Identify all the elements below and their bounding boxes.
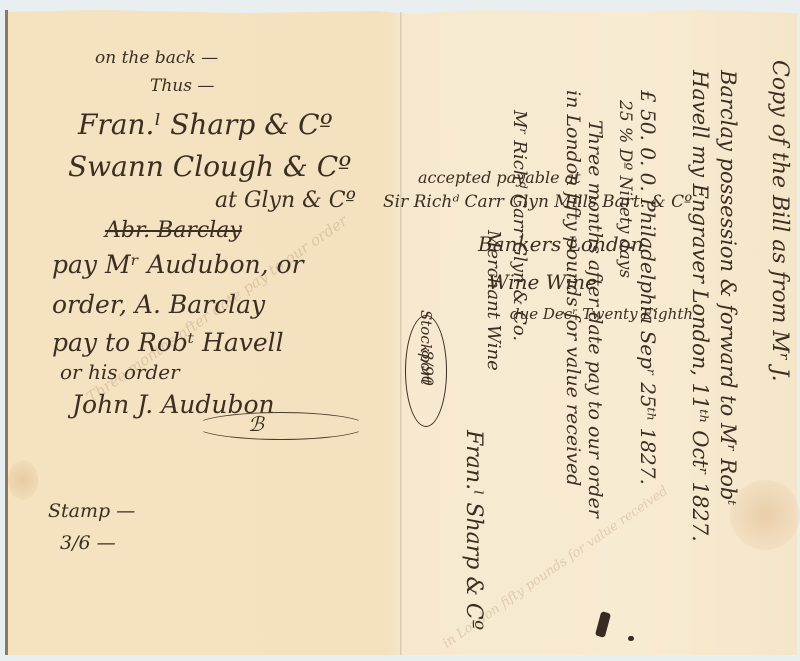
acceptance-line: Sir Richᵈ Carr Glyn Mills Bart. & Cº [383, 192, 692, 212]
signature-flourish [195, 412, 367, 440]
paper-stain [8, 460, 38, 500]
endorsement-line: pay to Robᵗ Havell [52, 328, 284, 357]
acceptance-line: accepted payable at [418, 168, 581, 187]
endorsement-line: order, A. Barclay [52, 290, 265, 319]
acceptance-line: Wine Wine [488, 270, 597, 294]
paper-fold [400, 12, 403, 655]
endorsement-line: or his order [60, 360, 180, 384]
oval-note: 8/90 [418, 350, 437, 386]
stamp-value: 3/6 — [60, 532, 116, 554]
drawer-signature: Fran.ˡ Sharp & Cº [461, 430, 486, 630]
bill-line: Barclay possession & forward to Mʳ Robᵗ [716, 70, 740, 505]
paper-stain [730, 480, 800, 550]
endorsement-line: pay Mʳ Audubon, or [52, 250, 304, 279]
stamp-label: Stamp — [48, 500, 135, 522]
endorsement-line: on the back — [95, 48, 218, 68]
bill-line: Copy of the Bill as from Mʳ J. [767, 60, 792, 382]
acceptance-due-date: due Decʳ Twenty Eighth [510, 305, 693, 323]
sheet-edge [5, 10, 8, 655]
acceptance-line: Bankers London [478, 232, 644, 256]
endorsement-line: Swann Clough & Cº [68, 150, 351, 183]
endorsement-line: at Glyn & Cº [215, 188, 356, 213]
endorsement-line: Thus — [150, 76, 214, 96]
ink-blot [628, 636, 634, 641]
signature-paraph: ℬ [248, 412, 264, 436]
struck-endorsement: Abr. Barclay [105, 218, 242, 243]
bill-amount-line: £ 50. 0. 0. Philadelphia Sepʳ 25ᵗʰ 1827. [636, 90, 660, 485]
endorsement-line: Fran.ˡ Sharp & Cº [78, 108, 333, 141]
